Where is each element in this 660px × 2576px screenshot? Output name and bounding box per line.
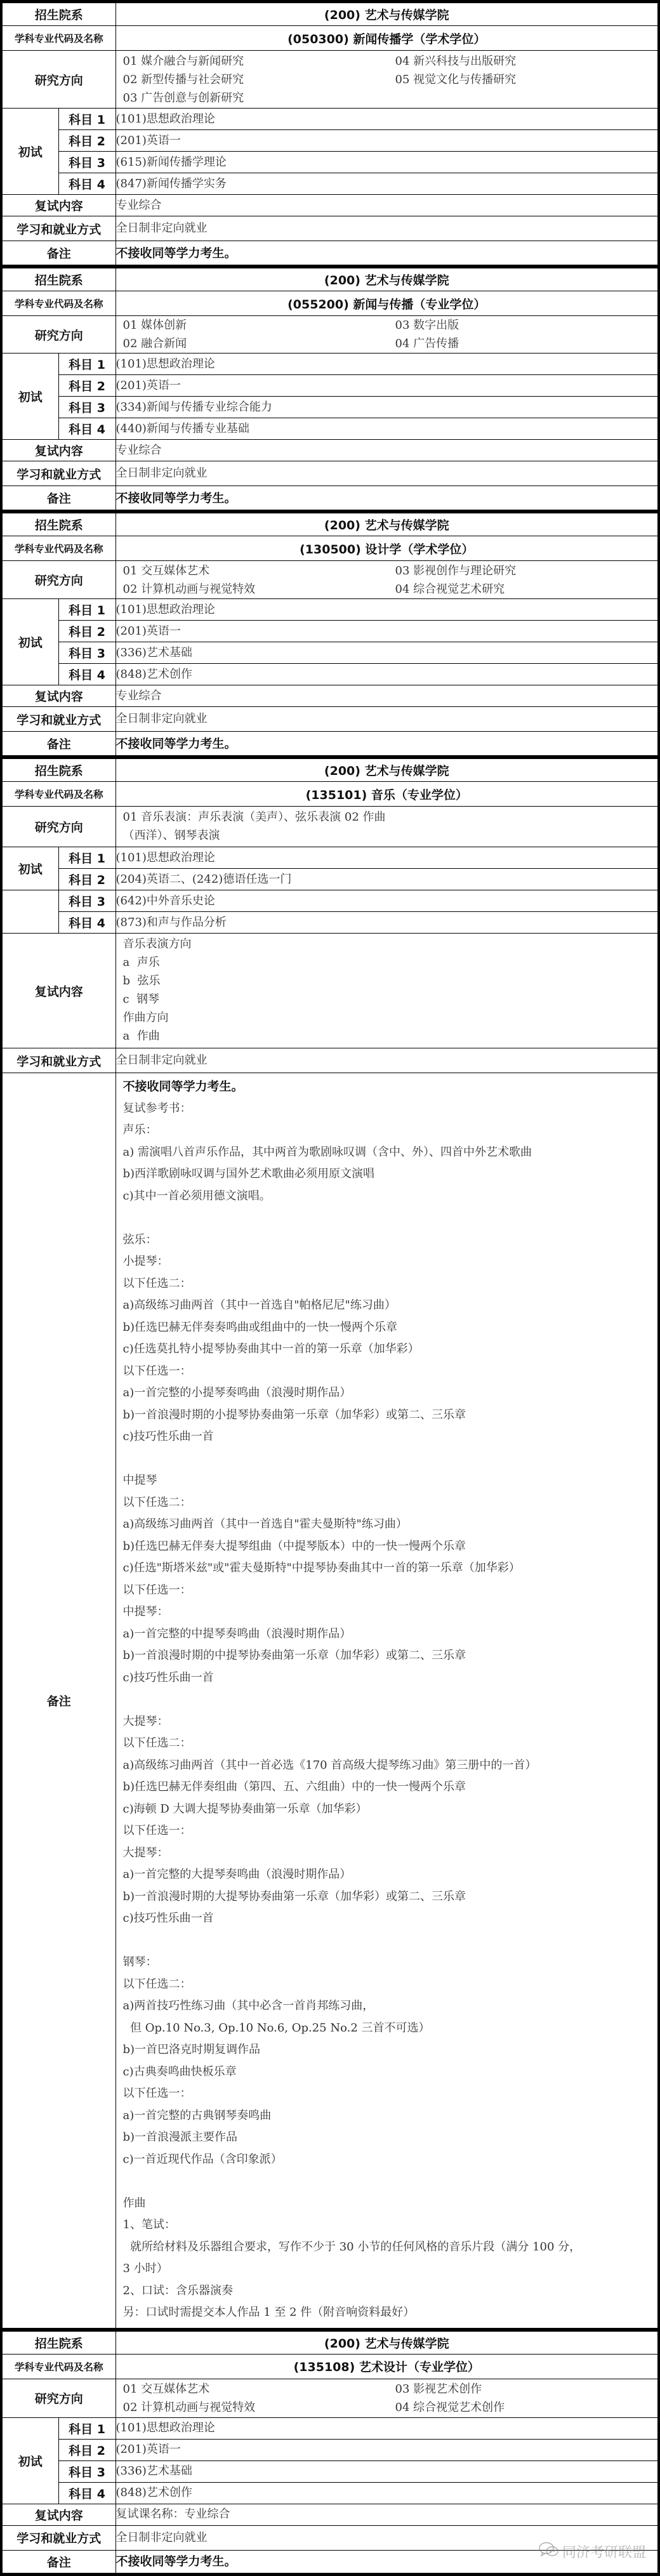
- subject-2-value: (201)英语一: [115, 2439, 659, 2460]
- note-line: 以下任选一：: [123, 2083, 651, 2105]
- direction-item: 04 综合视觉艺术研究: [395, 580, 657, 598]
- note-value: 不接收同等学力考生。: [115, 241, 659, 265]
- retest-label: 复试内容: [1, 440, 115, 461]
- program-section-130500: 招生院系 (200) 艺术与传媒学院 学科专业代码及名称 (130500) 设计…: [0, 510, 660, 756]
- direction-item: 02 新型传播与社会研究: [123, 70, 395, 89]
- dept-value: (200) 艺术与传媒学院: [115, 512, 659, 536]
- study-mode-label: 学习和就业方式: [1, 216, 115, 241]
- subject-1-label: 科目 1: [58, 2417, 115, 2439]
- subject-2-label: 科目 2: [58, 621, 115, 642]
- dept-label: 招生院系: [1, 758, 115, 782]
- note-line: [123, 1689, 651, 1711]
- subject-1-value: (101)思想政治理论: [115, 599, 659, 621]
- study-mode-label: 学习和就业方式: [1, 1048, 115, 1073]
- note-line: b)西洋歌剧咏叹调与国外艺术歌曲必须用原文演唱: [123, 1163, 651, 1186]
- major-value: (050300) 新闻传播学（学术学位）: [115, 26, 659, 51]
- note-label: 备注: [1, 2550, 115, 2574]
- directions-label: 研究方向: [1, 2379, 115, 2417]
- subject-4-label: 科目 4: [58, 418, 115, 440]
- note-line: [123, 2170, 651, 2193]
- note-line: b)一首巴洛克时期复调作品: [123, 2039, 651, 2061]
- note-line: 以下任选二：: [123, 1492, 651, 1514]
- note-value: 不接收同等学力考生。: [115, 2550, 659, 2574]
- subject-4-label: 科目 4: [58, 2482, 115, 2504]
- retest-line: b 弦乐: [123, 972, 651, 990]
- note-label: 备注: [1, 486, 115, 510]
- study-mode-value: 全日制非定向就业: [115, 707, 659, 732]
- subject-2-value: (201)英语一: [115, 621, 659, 642]
- subject-1-label: 科目 1: [58, 599, 115, 621]
- note-line: a) 需演唱八首声乐作品，其中两首为歌剧咏叹调（含中、外）、四首中外艺术歌曲: [123, 1142, 651, 1164]
- retest-value: 专业综合: [115, 195, 659, 216]
- subject-3-label: 科目 3: [58, 890, 115, 912]
- subject-3-value: (334)新闻与传播专业综合能力: [115, 397, 659, 418]
- prelim-label: 初试: [1, 847, 58, 890]
- note-line: c)古典奏鸣曲快板乐章: [123, 2061, 651, 2084]
- note-line: 大提琴：: [123, 1842, 651, 1865]
- subject-4-value: (848)艺术创作: [115, 2482, 659, 2504]
- subject-4-value: (873)和声与作品分析: [115, 912, 659, 934]
- program-section-135101: 招生院系 (200) 艺术与传媒学院 学科专业代码及名称 (135101) 音乐…: [0, 756, 660, 2328]
- retest-value: 专业综合: [115, 440, 659, 461]
- note-line: 就所给材料及乐器组合要求，写作不少于 30 小节的任何风格的音乐片段（满分 10…: [123, 2236, 651, 2259]
- subject-4-value: (847)新闻传播学实务: [115, 173, 659, 195]
- direction-item: 02 计算机动画与视觉特效: [123, 580, 395, 598]
- directions-cell: 01 音乐表演：声乐表演（美声）、弦乐表演 02 作曲 （西洋）、钢琴表演: [115, 807, 659, 847]
- note-label: 备注: [1, 241, 115, 265]
- note-line: 大提琴：: [123, 1711, 651, 1733]
- subject-4-value: (440)新闻与传播专业基础: [115, 418, 659, 440]
- note-line: 弦乐：: [123, 1229, 651, 1252]
- subject-2-value: (204)英语二、(242)德语任选一门: [115, 869, 659, 890]
- major-label: 学科专业代码及名称: [1, 536, 115, 561]
- note-line: b)任选巴赫无伴奏奏鸣曲或组曲中的一快一慢两个乐章: [123, 1317, 651, 1339]
- major-label: 学科专业代码及名称: [1, 26, 115, 51]
- note-value: 不接收同等学力考生。: [115, 486, 659, 510]
- study-mode-label: 学习和就业方式: [1, 461, 115, 486]
- retest-label: 复试内容: [1, 685, 115, 707]
- note-headline: 不接收同等学力考生。: [123, 1076, 651, 1098]
- retest-label: 复试内容: [1, 195, 115, 216]
- subject-4-label: 科目 4: [58, 912, 115, 934]
- subject-2-label: 科目 2: [58, 375, 115, 397]
- dept-label: 招生院系: [1, 267, 115, 291]
- note-line: 以下任选一：: [123, 1580, 651, 1602]
- note-line: b)一首浪漫时期的中提琴协奏曲第一乐章（加华彩）或第二、三乐章: [123, 1645, 651, 1667]
- directions-label: 研究方向: [1, 807, 115, 847]
- note-line: c)海顿 D 大调大提琴协奏曲第一乐章（加华彩）: [123, 1799, 651, 1821]
- program-section-050300: 招生院系 (200) 艺术与传媒学院 学科专业代码及名称 (050300) 新闻…: [0, 0, 660, 265]
- note-line: 3 小时）: [123, 2258, 651, 2280]
- note-line: 2、口试：含乐器演奏: [123, 2280, 651, 2302]
- subject-2-label: 科目 2: [58, 130, 115, 152]
- subject-1-label: 科目 1: [58, 847, 115, 869]
- prelim-blank-cell: [1, 890, 58, 934]
- directions-cell: 01 媒介融合与新闻研究 02 新型传播与社会研究 03 广告创意与创新研究 0…: [115, 51, 659, 109]
- subject-1-label: 科目 1: [58, 109, 115, 130]
- directions-cell: 01 交互媒体艺术 02 计算机动画与视觉特效 03 影视艺术创作 04 综合视…: [115, 2379, 659, 2417]
- subject-3-label: 科目 3: [58, 642, 115, 664]
- retest-value: 复试课名称：专业综合: [115, 2504, 659, 2525]
- major-label: 学科专业代码及名称: [1, 782, 115, 807]
- dept-label: 招生院系: [1, 2330, 115, 2354]
- subject-1-value: (101)思想政治理论: [115, 847, 659, 869]
- note-line: a)一首完整的大提琴奏鸣曲（浪漫时期作品）: [123, 1864, 651, 1886]
- subject-1-value: (101)思想政治理论: [115, 109, 659, 130]
- dept-label: 招生院系: [1, 512, 115, 536]
- note-line: c)任选"斯塔米兹"或"霍夫曼斯特"中提琴协奏曲其中一首的第一乐章（加华彩）: [123, 1557, 651, 1580]
- direction-item: 03 影视创作与理论研究: [395, 562, 657, 580]
- retest-value: 专业综合: [115, 685, 659, 707]
- retest-line: c 钢琴: [123, 990, 651, 1008]
- note-line: [123, 1930, 651, 1952]
- prelim-label: 初试: [1, 599, 58, 685]
- direction-item: 02 融合新闻: [123, 334, 395, 353]
- note-line: 中提琴: [123, 1470, 651, 1492]
- note-line: 以下任选二：: [123, 1974, 651, 1996]
- subject-3-value: (615)新闻传播学理论: [115, 152, 659, 173]
- prelim-label: 初试: [1, 2417, 58, 2504]
- study-mode-value: 全日制非定向就业: [115, 2525, 659, 2550]
- retest-line: 作曲方向: [123, 1008, 651, 1027]
- major-value: (130500) 设计学（学术学位）: [115, 536, 659, 561]
- note-value: 不接收同等学力考生。复试参考书：声乐：a) 需演唱八首声乐作品，其中两首为歌剧咏…: [115, 1073, 659, 2328]
- note-line: a)两首技巧性练习曲（其中必含一首肖邦练习曲，: [123, 1995, 651, 2018]
- study-mode-label: 学习和就业方式: [1, 707, 115, 732]
- note-line: 小提琴：: [123, 1251, 651, 1273]
- directions-label: 研究方向: [1, 561, 115, 599]
- directions-cell: 01 交互媒体艺术 02 计算机动画与视觉特效 03 影视创作与理论研究 04 …: [115, 561, 659, 599]
- subject-3-value: (336)艺术基础: [115, 642, 659, 664]
- note-line: [123, 1207, 651, 1229]
- note-line: 以下任选一：: [123, 1820, 651, 1842]
- subject-4-value: (848)艺术创作: [115, 664, 659, 685]
- note-line: 中提琴：: [123, 1601, 651, 1623]
- subject-3-label: 科目 3: [58, 2460, 115, 2482]
- note-line: a)一首完整的中提琴奏鸣曲（浪漫时期作品）: [123, 1623, 651, 1646]
- retest-line: a 声乐: [123, 953, 651, 972]
- retest-label: 复试内容: [1, 2504, 115, 2525]
- direction-item: 03 影视艺术创作: [395, 2380, 657, 2398]
- dept-label: 招生院系: [1, 2, 115, 26]
- admissions-catalog-page: 招生院系 (200) 艺术与传媒学院 学科专业代码及名称 (050300) 新闻…: [0, 0, 660, 2576]
- subject-1-label: 科目 1: [58, 353, 115, 375]
- major-value: (135108) 艺术设计（专业学位）: [115, 2354, 659, 2379]
- subject-4-label: 科目 4: [58, 664, 115, 685]
- direction-item: 01 媒介融合与新闻研究: [123, 52, 395, 70]
- note-label: 备注: [1, 732, 115, 756]
- subject-2-label: 科目 2: [58, 2439, 115, 2460]
- direction-item: 01 交互媒体艺术: [123, 562, 395, 580]
- note-line: a)高级练习曲两首（其中一首必选《170 首高级大提琴练习曲》第三册中的一首）: [123, 1755, 651, 1777]
- direction-item: 01 交互媒体艺术: [123, 2380, 395, 2398]
- note-line: c)其中一首必须用德文演唱。: [123, 1186, 651, 1208]
- note-line: 以下任选二：: [123, 1733, 651, 1755]
- direction-line: （西洋）、钢琴表演: [123, 826, 650, 845]
- note-line: b)任选巴赫无伴奏组曲（第四、五、六组曲）中的一快一慢两个乐章: [123, 1776, 651, 1799]
- note-line: a)高级练习曲两首（其中一首选自"霍夫曼斯特"练习曲）: [123, 1514, 651, 1536]
- subject-1-value: (101)思想政治理论: [115, 353, 659, 375]
- direction-item: 04 新兴科技与出版研究: [395, 52, 657, 70]
- note-line: 钢琴：: [123, 1952, 651, 1974]
- note-lines: 不接收同等学力考生。复试参考书：声乐：a) 需演唱八首声乐作品，其中两首为歌剧咏…: [116, 1073, 657, 2328]
- note-line: 以下任选一：: [123, 1361, 651, 1383]
- subject-4-label: 科目 4: [58, 173, 115, 195]
- note-value: 不接收同等学力考生。: [115, 732, 659, 756]
- directions-label: 研究方向: [1, 51, 115, 109]
- retest-lines: 音乐表演方向 a 声乐 b 弦乐 c 钢琴 作曲方向 a 作曲: [116, 934, 657, 1048]
- note-line: 复试参考书：: [123, 1098, 651, 1120]
- direction-item: 02 计算机动画与视觉特效: [123, 2398, 395, 2417]
- note-label: 备注: [1, 1073, 115, 2328]
- note-line: c)技巧性乐曲一首: [123, 1426, 651, 1448]
- retest-value: 音乐表演方向 a 声乐 b 弦乐 c 钢琴 作曲方向 a 作曲: [115, 934, 659, 1048]
- subject-3-value: (642)中外音乐史论: [115, 890, 659, 912]
- note-line: c)一首近现代作品（含印象派）: [123, 2149, 651, 2171]
- major-value: (135101) 音乐（专业学位）: [115, 782, 659, 807]
- program-section-135108: 招生院系 (200) 艺术与传媒学院 学科专业代码及名称 (135108) 艺术…: [0, 2328, 660, 2576]
- note-line: 以下任选二：: [123, 1273, 651, 1295]
- direction-item: 03 数字出版: [395, 316, 657, 334]
- note-line: b)任选巴赫无伴奏大提琴组曲（中提琴版本）中的一快一慢两个乐章: [123, 1536, 651, 1558]
- subject-3-label: 科目 3: [58, 152, 115, 173]
- direction-item: 01 媒体创新: [123, 316, 395, 334]
- direction-item: 05 视觉文化与传播研究: [395, 70, 657, 89]
- note-line: b)一首浪漫时期的大提琴协奏曲第一乐章（加华彩）或第二、三乐章: [123, 1886, 651, 1908]
- study-mode-value: 全日制非定向就业: [115, 216, 659, 241]
- direction-line: 01 音乐表演：声乐表演（美声）、弦乐表演 02 作曲: [123, 808, 650, 826]
- prelim-label: 初试: [1, 109, 58, 195]
- note-line: 作曲: [123, 2193, 651, 2215]
- note-line: c)技巧性乐曲一首: [123, 1667, 651, 1689]
- dept-value: (200) 艺术与传媒学院: [115, 758, 659, 782]
- subject-3-value: (336)艺术基础: [115, 2460, 659, 2482]
- study-mode-label: 学习和就业方式: [1, 2525, 115, 2550]
- directions-label: 研究方向: [1, 316, 115, 353]
- study-mode-value: 全日制非定向就业: [115, 1048, 659, 1073]
- major-label: 学科专业代码及名称: [1, 2354, 115, 2379]
- retest-line: a 作曲: [123, 1027, 651, 1045]
- subject-2-value: (201)英语一: [115, 130, 659, 152]
- program-section-055200: 招生院系 (200) 艺术与传媒学院 学科专业代码及名称 (055200) 新闻…: [0, 265, 660, 510]
- subject-1-value: (101)思想政治理论: [115, 2417, 659, 2439]
- directions-cell: 01 媒体创新 02 融合新闻 03 数字出版 04 广告传播: [115, 316, 659, 353]
- note-line: 另：口试时需提交本人作品 1 至 2 件（附音响资料最好）: [123, 2302, 651, 2324]
- note-line: a)一首完整的小提琴奏鸣曲（浪漫时期作品）: [123, 1382, 651, 1404]
- dept-value: (200) 艺术与传媒学院: [115, 267, 659, 291]
- note-line: 但 Op.10 No.3, Op.10 No.6, Op.25 No.2 三首不…: [123, 2018, 651, 2040]
- dept-value: (200) 艺术与传媒学院: [115, 2330, 659, 2354]
- note-line: c)任选莫扎特小提琴协奏曲其中一首的第一乐章（加华彩）: [123, 1338, 651, 1361]
- note-line: c)技巧性乐曲一首: [123, 1908, 651, 1930]
- direction-item: 04 综合视觉艺术创作: [395, 2398, 657, 2417]
- note-line: a)一首完整的古典钢琴奏鸣曲: [123, 2105, 651, 2127]
- note-line: b)一首浪漫时期的小提琴协奏曲第一乐章（加华彩）或第二、三乐章: [123, 1404, 651, 1427]
- retest-line: 音乐表演方向: [123, 935, 651, 953]
- prelim-label: 初试: [1, 353, 58, 440]
- note-line: [123, 1448, 651, 1470]
- note-line: 1、笔试：: [123, 2214, 651, 2236]
- direction-item: 03 广告创意与创新研究: [123, 89, 395, 107]
- note-line: b)一首浪漫派主要作品: [123, 2127, 651, 2149]
- retest-label: 复试内容: [1, 934, 115, 1048]
- study-mode-value: 全日制非定向就业: [115, 461, 659, 486]
- note-line: 声乐：: [123, 1120, 651, 1142]
- major-label: 学科专业代码及名称: [1, 291, 115, 316]
- subject-2-value: (201)英语一: [115, 375, 659, 397]
- note-line: a)高级练习曲两首（其中一首选自"帕格尼尼"练习曲）: [123, 1295, 651, 1317]
- dept-value: (200) 艺术与传媒学院: [115, 2, 659, 26]
- direction-item: 04 广告传播: [395, 334, 657, 353]
- subject-3-label: 科目 3: [58, 397, 115, 418]
- subject-2-label: 科目 2: [58, 869, 115, 890]
- major-value: (055200) 新闻与传播（专业学位）: [115, 291, 659, 316]
